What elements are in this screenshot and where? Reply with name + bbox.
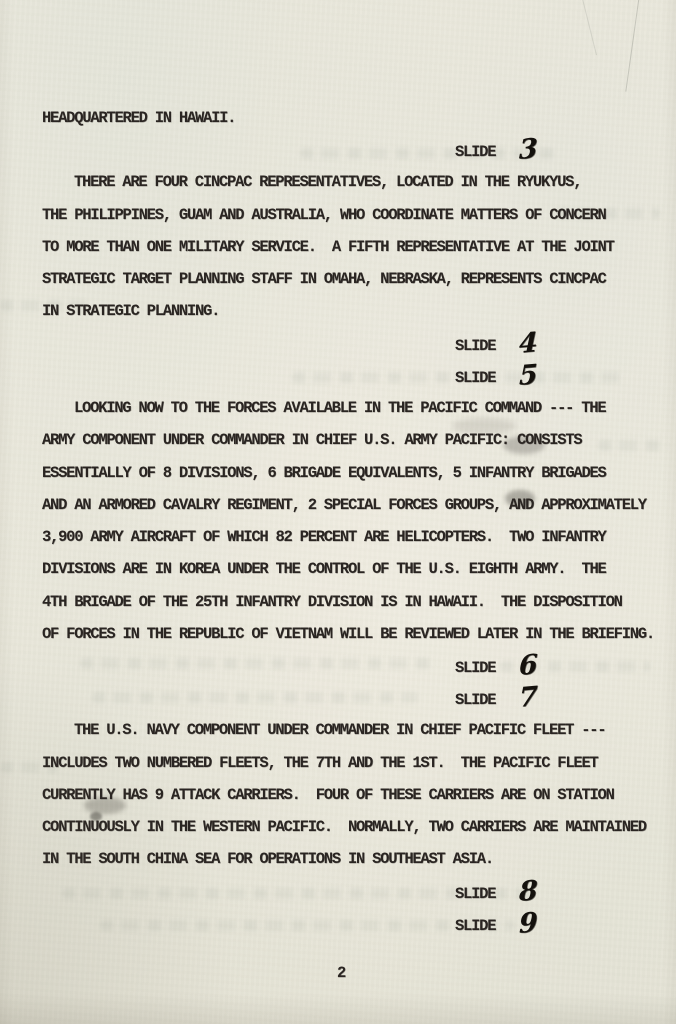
typewritten-line-text: 3,900 ARMY AIRCRAFT OF WHICH 82 PERCENT … [42, 528, 606, 546]
typewritten-line-text: CURRENTLY HAS 9 ATTACK CARRIERS. FOUR OF… [42, 786, 614, 804]
typewritten-line: THE U.S. NAVY COMPONENT UNDER COMMANDER … [42, 714, 666, 746]
typewritten-line-text: THERE ARE FOUR CINCPAC REPRESENTATIVES, … [74, 173, 581, 191]
handwritten-slide-number: 6 [519, 649, 538, 683]
typewritten-line-text: THE PHILIPPINES, GUAM AND AUSTRALIA, WHO… [42, 206, 606, 224]
typewritten-line: INCLUDES TWO NUMBERED FLEETS, THE 7TH AN… [42, 747, 666, 779]
typewritten-line-text: IN STRATEGIC PLANNING. [42, 302, 219, 320]
slide-cue-line: SLIDE7 [42, 682, 666, 714]
typewritten-line: ARMY COMPONENT UNDER COMMANDER IN CHIEF … [42, 424, 666, 456]
handwritten-slide-number: 5 [519, 359, 538, 393]
typewritten-line-text: IN THE SOUTH CHINA SEA FOR OPERATIONS IN… [42, 850, 493, 868]
slide-cue-label: SLIDE [455, 885, 495, 903]
slide-cue-label: SLIDE [455, 917, 495, 935]
typewritten-line-text: THE U.S. NAVY COMPONENT UNDER COMMANDER … [74, 721, 605, 739]
typewritten-line-text: TO MORE THAN ONE MILITARY SERVICE. A FIF… [42, 238, 614, 256]
handwritten-slide-number: 9 [519, 907, 538, 941]
slide-cue-line: SLIDE4 [42, 328, 666, 360]
typewritten-line-text: AND AN ARMORED CAVALRY REGIMENT, 2 SPECI… [42, 496, 646, 514]
typewritten-line-text: STRATEGIC TARGET PLANNING STAFF IN OMAHA… [42, 270, 606, 288]
typewritten-line: 4TH BRIGADE OF THE 25TH INFANTRY DIVISIO… [42, 586, 666, 618]
slide-cue-label: SLIDE [455, 659, 495, 677]
typewritten-line: AND AN ARMORED CAVALRY REGIMENT, 2 SPECI… [42, 489, 666, 521]
slide-cue-line: SLIDE5 [42, 360, 666, 392]
slide-cue-label: SLIDE [455, 691, 495, 709]
typewritten-line: HEADQUARTERED IN HAWAII. [42, 102, 666, 134]
typewritten-line-text: 4TH BRIGADE OF THE 25TH INFANTRY DIVISIO… [42, 593, 622, 611]
typewritten-line: DIVISIONS ARE IN KOREA UNDER THE CONTROL… [42, 553, 666, 585]
typewritten-line: TO MORE THAN ONE MILITARY SERVICE. A FIF… [42, 231, 666, 263]
typewritten-line-text: CONTINUOUSLY IN THE WESTERN PACIFIC. NOR… [42, 818, 646, 836]
slide-cue-label: SLIDE [455, 143, 495, 161]
typewritten-line: IN THE SOUTH CHINA SEA FOR OPERATIONS IN… [42, 843, 666, 875]
typewritten-line-text: ARMY COMPONENT UNDER COMMANDER IN CHIEF … [42, 431, 581, 449]
slide-cue-label: SLIDE [455, 369, 495, 387]
handwritten-slide-number: 7 [519, 681, 538, 715]
typewritten-line-text: LOOKING NOW TO THE FORCES AVAILABLE IN T… [74, 399, 605, 417]
typewritten-line: LOOKING NOW TO THE FORCES AVAILABLE IN T… [42, 392, 666, 424]
typewritten-line: THERE ARE FOUR CINCPAC REPRESENTATIVES, … [42, 166, 666, 198]
handwritten-slide-number: 8 [519, 875, 538, 909]
typewritten-line-text: HEADQUARTERED IN HAWAII. [42, 109, 235, 127]
scanned-typewritten-page: HEADQUARTERED IN HAWAII. SLIDE3 THERE AR… [0, 0, 676, 1024]
typewritten-line-text: DIVISIONS ARE IN KOREA UNDER THE CONTROL… [42, 560, 606, 578]
slide-cue-line: SLIDE6 [42, 650, 666, 682]
page-number: 2 [337, 964, 345, 982]
typewritten-line: CONTINUOUSLY IN THE WESTERN PACIFIC. NOR… [42, 811, 666, 843]
typewritten-line-text: ESSENTIALLY OF 8 DIVISIONS, 6 BRIGADE EQ… [42, 464, 606, 482]
typewritten-line: OF FORCES IN THE REPUBLIC OF VIETNAM WIL… [42, 618, 666, 650]
typewritten-line: IN STRATEGIC PLANNING. [42, 295, 666, 327]
scratch-artifact [582, 0, 597, 55]
typewritten-line: THE PHILIPPINES, GUAM AND AUSTRALIA, WHO… [42, 199, 666, 231]
slide-cue-line: SLIDE3 [42, 134, 666, 166]
scratch-artifact [625, 0, 639, 92]
document-body: HEADQUARTERED IN HAWAII. SLIDE3 THERE AR… [42, 102, 666, 940]
slide-cue-label: SLIDE [455, 337, 495, 355]
typewritten-line: CURRENTLY HAS 9 ATTACK CARRIERS. FOUR OF… [42, 779, 666, 811]
typewritten-line: 3,900 ARMY AIRCRAFT OF WHICH 82 PERCENT … [42, 521, 666, 553]
typewritten-line-text: INCLUDES TWO NUMBERED FLEETS, THE 7TH AN… [42, 754, 598, 772]
typewritten-line: ESSENTIALLY OF 8 DIVISIONS, 6 BRIGADE EQ… [42, 457, 666, 489]
handwritten-slide-number: 3 [519, 133, 538, 167]
slide-cue-line: SLIDE9 [42, 908, 666, 940]
slide-cue-line: SLIDE8 [42, 876, 666, 908]
typewritten-line-text: OF FORCES IN THE REPUBLIC OF VIETNAM WIL… [42, 625, 654, 643]
handwritten-slide-number: 4 [519, 327, 538, 361]
typewritten-line: STRATEGIC TARGET PLANNING STAFF IN OMAHA… [42, 263, 666, 295]
